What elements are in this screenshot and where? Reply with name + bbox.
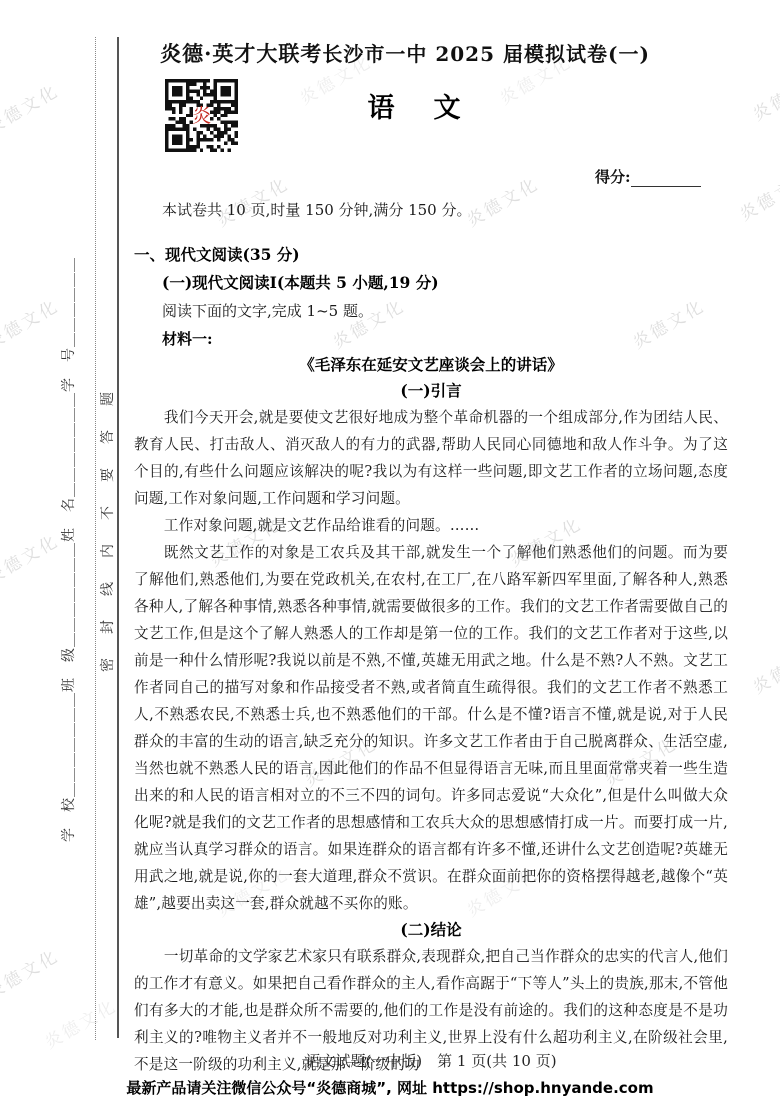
exam-title-rest: 长沙市一中 2025 届模拟试卷(一) [322,42,650,66]
score-field: 得分: [595,166,701,187]
watermark: 炎德文化 [0,527,63,589]
seal-dotted-line [95,37,96,1040]
exam-paper-page: 炎德文化 炎德文化 炎德文化 炎德文化 炎德文化 炎德文化 炎德文化 炎德文化 … [0,0,780,1104]
watermark: 炎德文化 [0,942,63,1004]
instruction-text: 阅读下面的文字,完成 1~5 题。 [162,298,728,324]
score-label: 得分: [595,168,631,186]
watermark: 炎德文化 [0,77,63,139]
exam-intro: 本试卷共 10 页,时量 150 分钟,满分 150 分。 [162,199,728,221]
part2-heading: (二)结论 [134,917,728,943]
material-label: 材料一: [162,326,728,352]
part1-heading: (一)引言 [134,378,728,404]
watermark: 炎德文化 [747,64,780,126]
promo-footer: 最新产品请关注微信公众号“炎德商城”, 网址 https://shop.hnya… [0,1077,780,1098]
exam-title-brand: 炎德·英才大联考 [160,41,322,66]
score-blank-line [631,171,701,187]
page-number-footer: 语文试题(一中版) 第 1 页(共 10 页) [134,1050,728,1071]
seal-notice-text: 密封线内不要答题 [97,360,117,672]
watermark: 炎德文化 [734,164,780,226]
seal-solid-line [117,37,119,1038]
exam-body: 本试卷共 10 页,时量 150 分钟,满分 150 分。 一、现代文阅读(35… [134,199,728,1078]
watermark: 炎德文化 [0,292,63,354]
body-paragraph: 工作对象问题,就是文艺作品给谁看的问题。…… [134,512,728,539]
subsection-heading: (一)现代文阅读Ⅰ(本题共 5 小题,19 分) [162,270,728,296]
watermark: 炎德文化 [39,992,121,1054]
watermark: 炎德文化 [747,637,780,699]
student-info-fields: 学 校＿＿＿＿＿＿＿班 级＿＿＿＿＿＿＿姓 名＿＿＿＿＿＿＿学 号＿＿＿＿＿＿ [58,242,78,842]
section-heading: 一、现代文阅读(35 分) [134,242,728,268]
body-paragraph: 既然文艺工作的对象是工农兵及其干部,就发生一个了解他们熟悉他们的问题。而为要了解… [134,539,728,917]
material-title: 《毛泽东在延安文艺座谈会上的讲话》 [134,352,728,378]
body-paragraph: 我们今天开会,就是要使文艺很好地成为整个革命机器的一个组成部分,作为团结人民、教… [134,404,728,512]
exam-title: 炎德·英才大联考长沙市一中 2025 届模拟试卷(一) [95,38,715,68]
subject-title: 语 文 [117,86,717,125]
